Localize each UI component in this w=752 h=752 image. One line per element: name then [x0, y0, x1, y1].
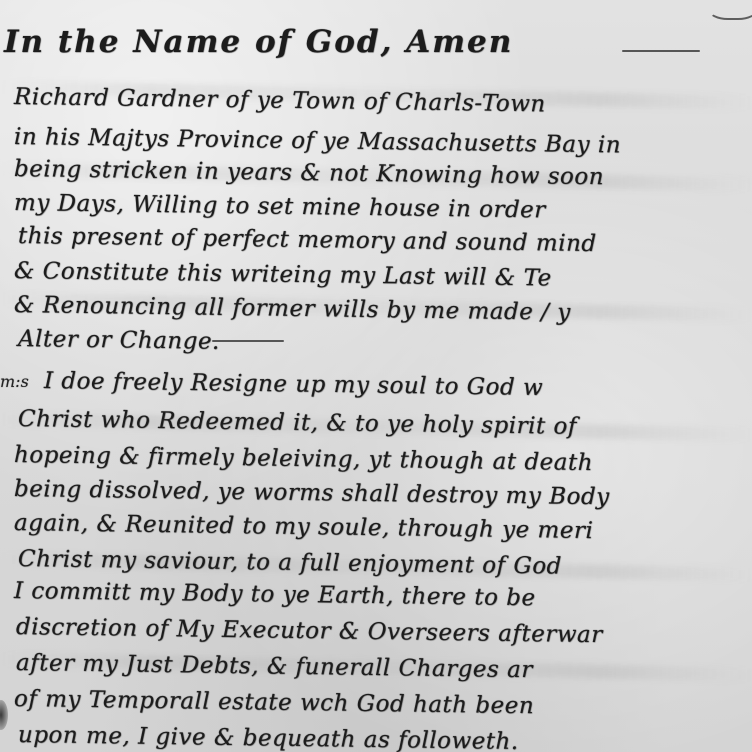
will-line-2: in his Majtys Province of ye Massachuset… — [14, 124, 621, 158]
will-line-12: being dissolved, ye worms shall destroy … — [14, 476, 610, 510]
will-line-9: I doe freely Resigne up my soul to God w — [44, 368, 544, 401]
will-line-4: my Days, Willing to set mine house in or… — [14, 190, 546, 223]
margin-note: m:s — [0, 372, 29, 391]
will-line-3: being stricken in years & not Knowing ho… — [14, 156, 604, 190]
will-line-6: & Constitute this writeing my Last will … — [14, 258, 552, 292]
manuscript-page: In the Name of God, Amen Richard Gardner… — [0, 0, 752, 752]
will-line-10: Christ who Redeemed it, & to ye holy spi… — [18, 406, 577, 440]
will-line-18: of my Temporall estate wch God hath been — [14, 686, 535, 719]
document-heading: In the Name of God, Amen — [4, 24, 513, 60]
will-line-14: Christ my saviour, to a full enjoyment o… — [18, 546, 562, 580]
will-line-16: discretion of My Executor & Overseers af… — [16, 614, 603, 648]
will-line-19: upon me, I give & bequeath as followeth. — [18, 722, 519, 752]
will-line-5: this present of perfect memory and sound… — [18, 223, 597, 257]
will-line-17: after my Just Debts, & funerall Charges … — [16, 650, 533, 683]
ink-blot — [0, 700, 8, 730]
will-line-13: again, & Reunited to my soule, through y… — [14, 510, 594, 544]
will-line-11: hopeing & firmely beleiving, yt though a… — [14, 442, 593, 476]
will-line-15: I committ my Body to ye Earth, there to … — [14, 578, 536, 611]
line-end-flourish — [212, 340, 284, 342]
corner-ink-flourish — [708, 0, 752, 20]
will-line-7: & Renouncing all former wills by me made… — [14, 292, 571, 326]
will-line-8: Alter or Change. — [18, 326, 220, 355]
heading-flourish — [622, 50, 700, 52]
